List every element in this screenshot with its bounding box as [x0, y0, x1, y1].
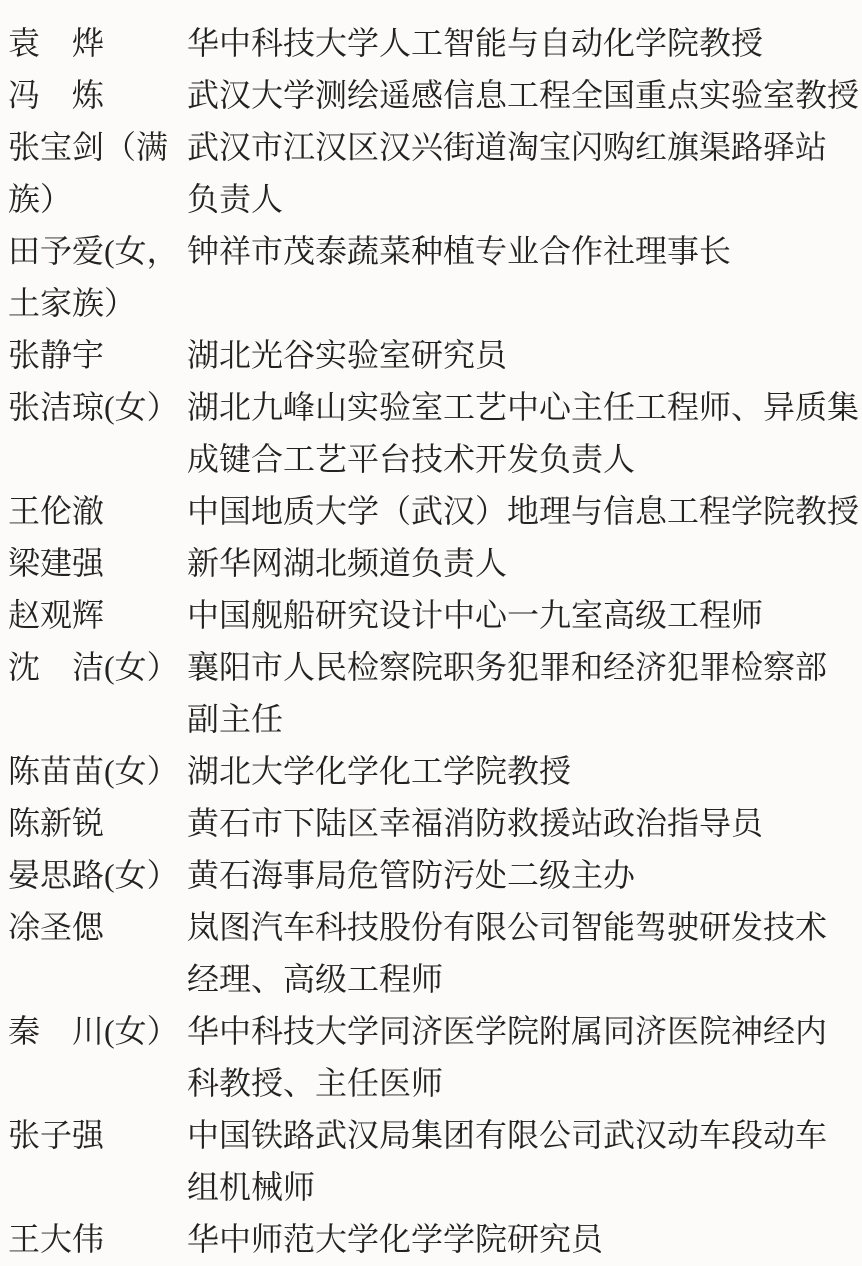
person-title: 华中科技大学人工智能与自动化学院教授: [187, 17, 862, 69]
person-title: 湖北光谷实验室研究员: [187, 329, 862, 381]
person-name: 秦 川(女）: [8, 1005, 187, 1057]
person-name: 王伦澈: [8, 485, 187, 537]
person-name: 冯 炼: [8, 69, 187, 121]
person-title: 钟祥市茂泰蔬菜种植专业合作社理事长: [187, 225, 862, 277]
person-name: 张洁琼(女）: [8, 381, 187, 433]
person-name: 陈苗苗(女）: [8, 745, 187, 797]
person-title: 中国铁路武汉局集团有限公司武汉动车段动车 组机械师: [187, 1109, 862, 1213]
person-title: 华中师范大学化学学院研究员: [187, 1213, 862, 1265]
person-title: 岚图汽车科技股份有限公司智能驾驶研发技术 经理、高级工程师: [187, 901, 862, 1005]
person-name: 张宝剑（满 族）: [8, 121, 187, 225]
person-name: 凃圣偲: [8, 901, 187, 953]
list-item: 陈苗苗(女） 湖北大学化学化工学院教授: [8, 745, 862, 797]
list-item: 赵观辉 中国舰船研究设计中心一九室高级工程师: [8, 589, 862, 641]
person-title: 中国舰船研究设计中心一九室高级工程师: [187, 589, 862, 641]
list-item: 张宝剑（满 族） 武汉市江汉区汉兴街道淘宝闪购红旗渠路驿站 负责人: [8, 121, 862, 225]
list-item: 田予爱(女， 土家族） 钟祥市茂泰蔬菜种植专业合作社理事长: [8, 225, 862, 329]
person-title: 湖北九峰山实验室工艺中心主任工程师、异质集 成键合工艺平台技术开发负责人: [187, 381, 862, 485]
person-title: 武汉市江汉区汉兴街道淘宝闪购红旗渠路驿站 负责人: [187, 121, 862, 225]
list-item: 张静宇 湖北光谷实验室研究员: [8, 329, 862, 381]
list-item: 凃圣偲 岚图汽车科技股份有限公司智能驾驶研发技术 经理、高级工程师: [8, 901, 862, 1005]
person-name: 田予爱(女， 土家族）: [8, 225, 187, 329]
person-name: 晏思路(女）: [8, 849, 187, 901]
person-name: 王大伟: [8, 1213, 187, 1265]
person-title: 襄阳市人民检察院职务犯罪和经济犯罪检察部 副主任: [187, 641, 862, 745]
person-name: 张静宇: [8, 329, 187, 381]
person-title: 武汉大学测绘遥感信息工程全国重点实验室教授: [187, 69, 862, 121]
person-name: 张子强: [8, 1109, 187, 1161]
list-item: 袁 烨 华中科技大学人工智能与自动化学院教授: [8, 17, 862, 69]
person-name: 梁建强: [8, 537, 187, 589]
list-item: 陈新锐 黄石市下陆区幸福消防救援站政治指导员: [8, 797, 862, 849]
list-item: 冯 炼 武汉大学测绘遥感信息工程全国重点实验室教授: [8, 69, 862, 121]
list-item: 王伦澈 中国地质大学（武汉）地理与信息工程学院教授: [8, 485, 862, 537]
list-item: 梁建强 新华网湖北频道负责人: [8, 537, 862, 589]
list-item: 晏思路(女） 黄石海事局危管防污处二级主办: [8, 849, 862, 901]
honoree-list: 袁 烨 华中科技大学人工智能与自动化学院教授 冯 炼 武汉大学测绘遥感信息工程全…: [0, 0, 862, 1266]
person-title: 黄石海事局危管防污处二级主办: [187, 849, 862, 901]
list-item: 秦 川(女） 华中科技大学同济医学院附属同济医院神经内 科教授、主任医师: [8, 1005, 862, 1109]
person-name: 沈 洁(女）: [8, 641, 187, 693]
person-title: 新华网湖北频道负责人: [187, 537, 862, 589]
person-title: 黄石市下陆区幸福消防救援站政治指导员: [187, 797, 862, 849]
list-item: 沈 洁(女） 襄阳市人民检察院职务犯罪和经济犯罪检察部 副主任: [8, 641, 862, 745]
person-name: 赵观辉: [8, 589, 187, 641]
person-title: 中国地质大学（武汉）地理与信息工程学院教授: [187, 485, 862, 537]
list-item: 张子强 中国铁路武汉局集团有限公司武汉动车段动车 组机械师: [8, 1109, 862, 1213]
list-item: 张洁琼(女） 湖北九峰山实验室工艺中心主任工程师、异质集 成键合工艺平台技术开发…: [8, 381, 862, 485]
list-item: 王大伟 华中师范大学化学学院研究员: [8, 1213, 862, 1265]
person-name: 袁 烨: [8, 17, 187, 69]
person-title: 华中科技大学同济医学院附属同济医院神经内 科教授、主任医师: [187, 1005, 862, 1109]
person-name: 陈新锐: [8, 797, 187, 849]
person-title: 湖北大学化学化工学院教授: [187, 745, 862, 797]
